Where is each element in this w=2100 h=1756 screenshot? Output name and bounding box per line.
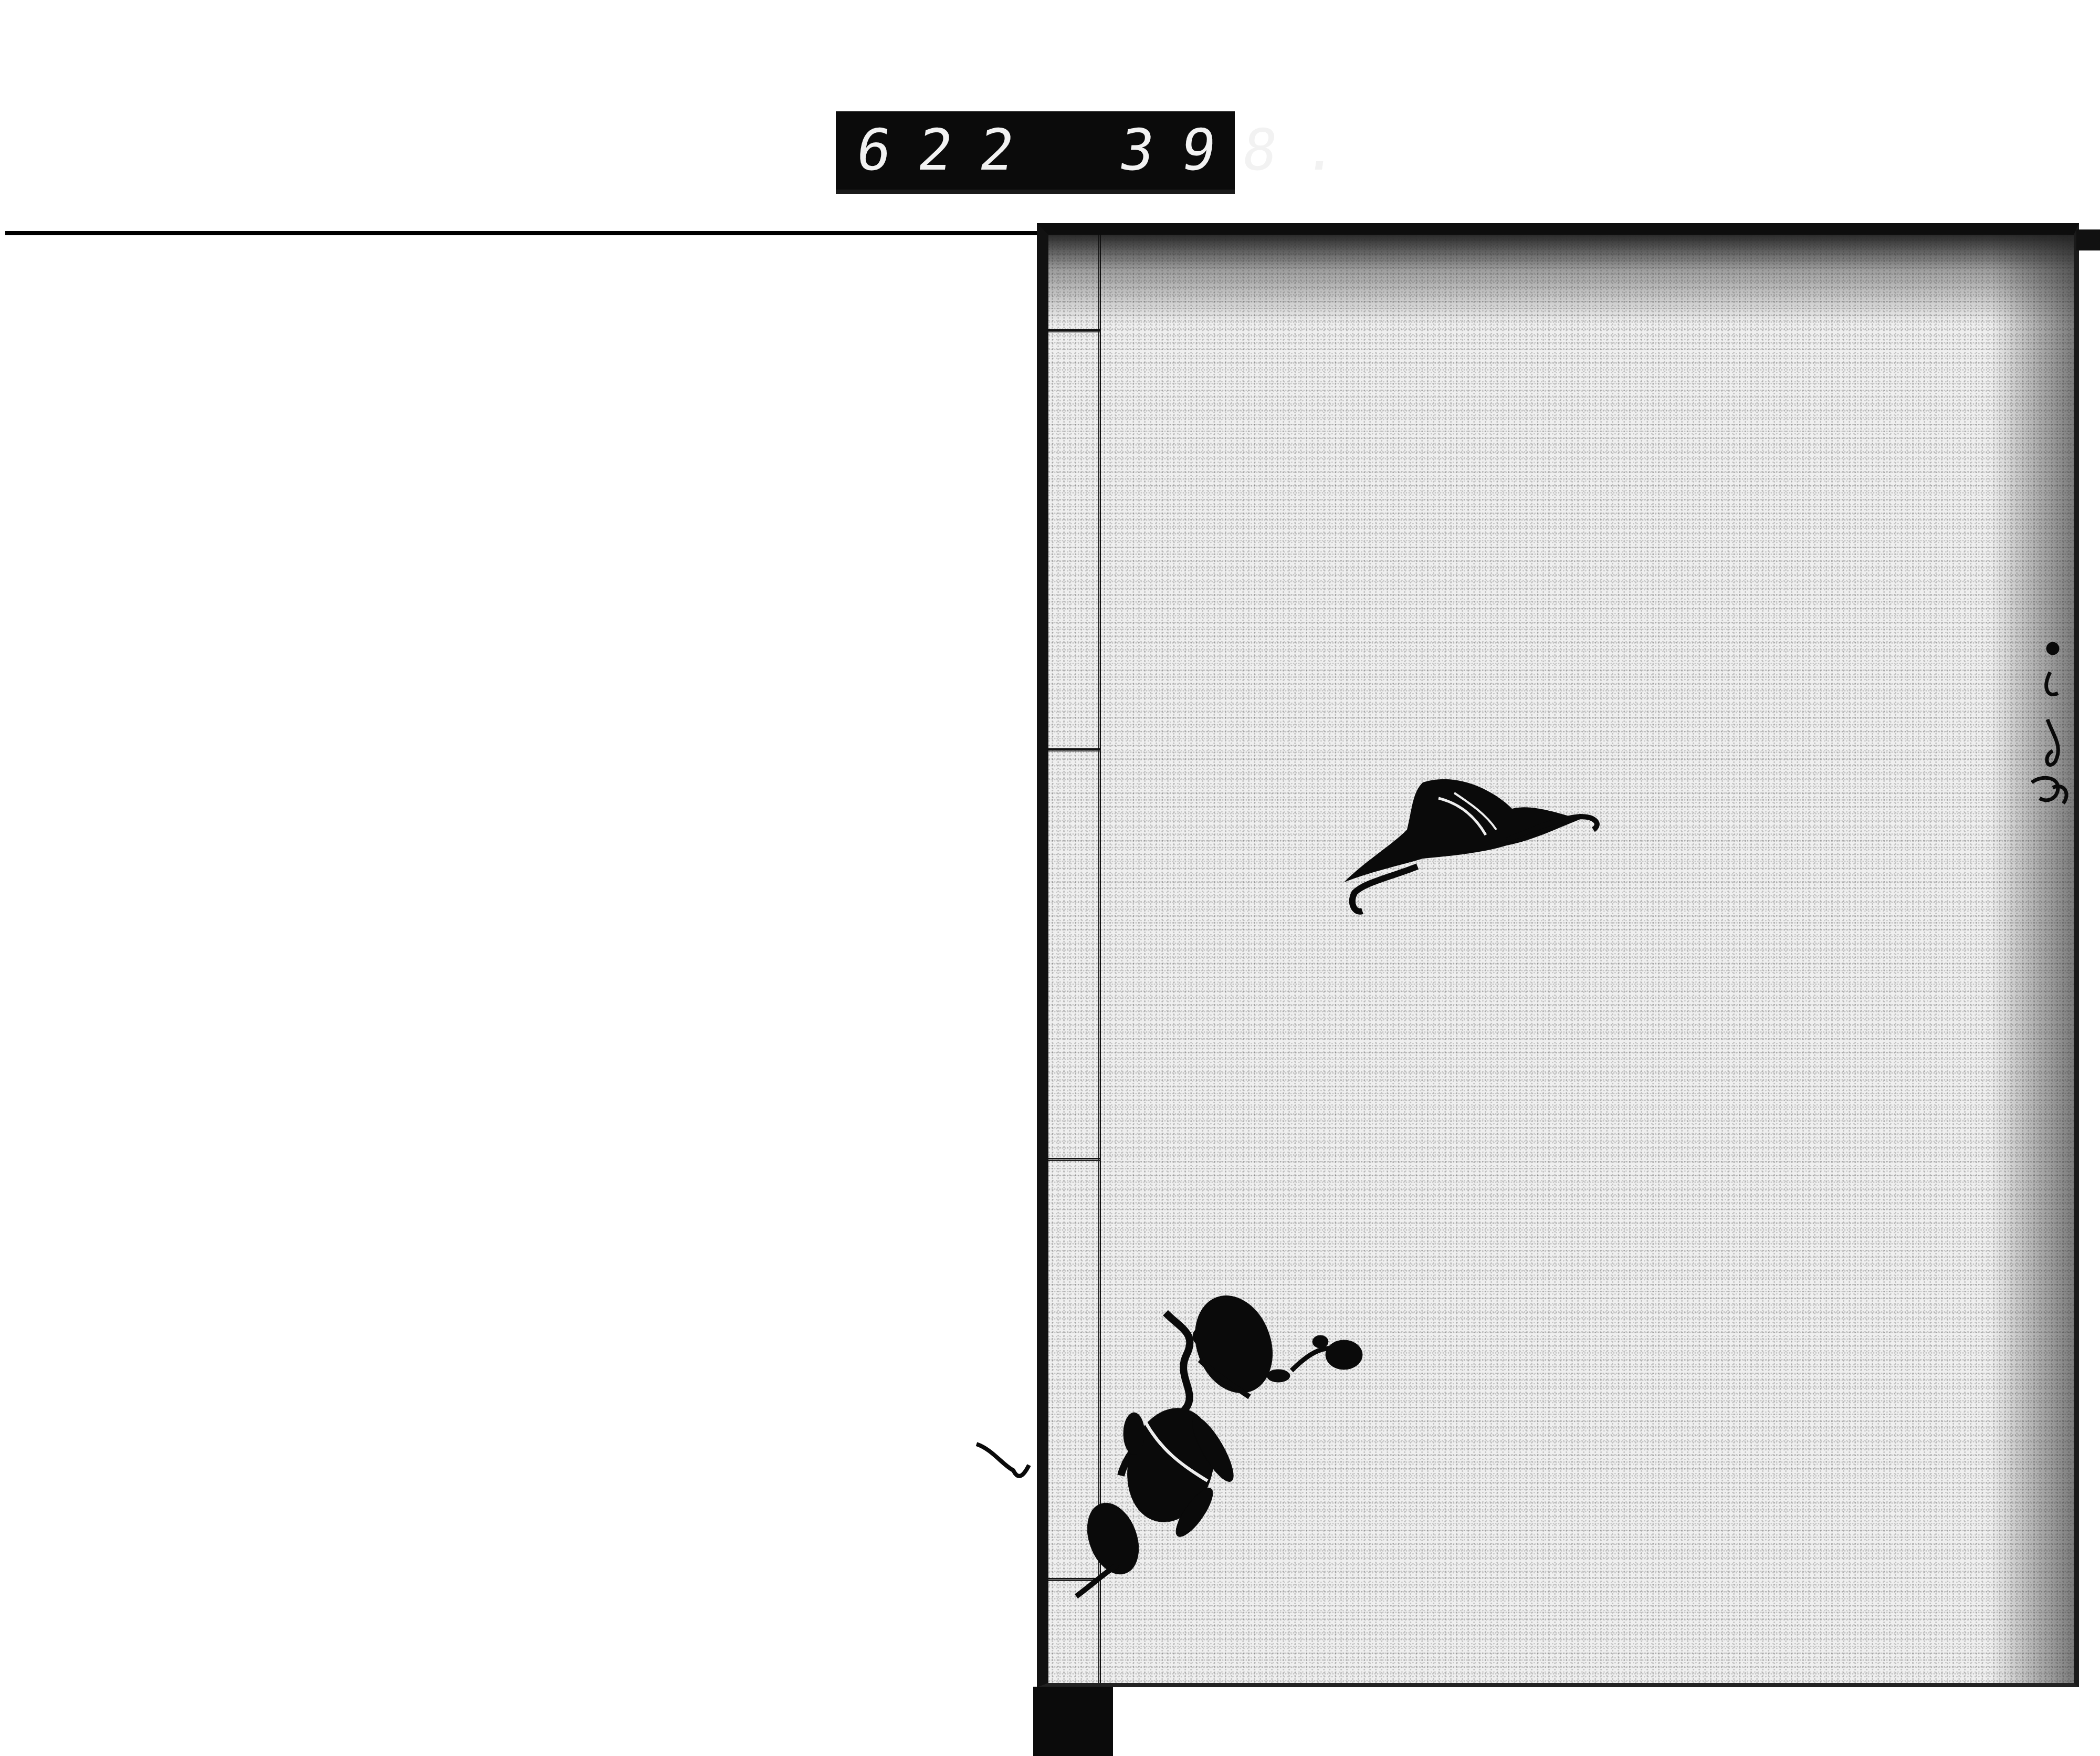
right-edge-shadow [1990,235,2074,1683]
butterfly-icon [1333,767,1617,919]
call-number-part-b: 398. [1116,122,1369,179]
handwritten-margin-marks [2026,630,2074,819]
stitch [1048,748,1101,751]
call-number-label: 622 398. [836,111,1235,194]
floral-vine-icon [1076,1292,1916,1659]
call-number-part-a: 622 [853,122,1045,179]
top-edge-shadow [1048,235,2074,324]
stitch [1048,329,1101,332]
spine-tab-bottom [1033,1687,1113,1756]
spine-tab-right [2076,229,2100,250]
stitch [1048,1158,1101,1161]
shelf-edge-rule [5,231,1037,235]
